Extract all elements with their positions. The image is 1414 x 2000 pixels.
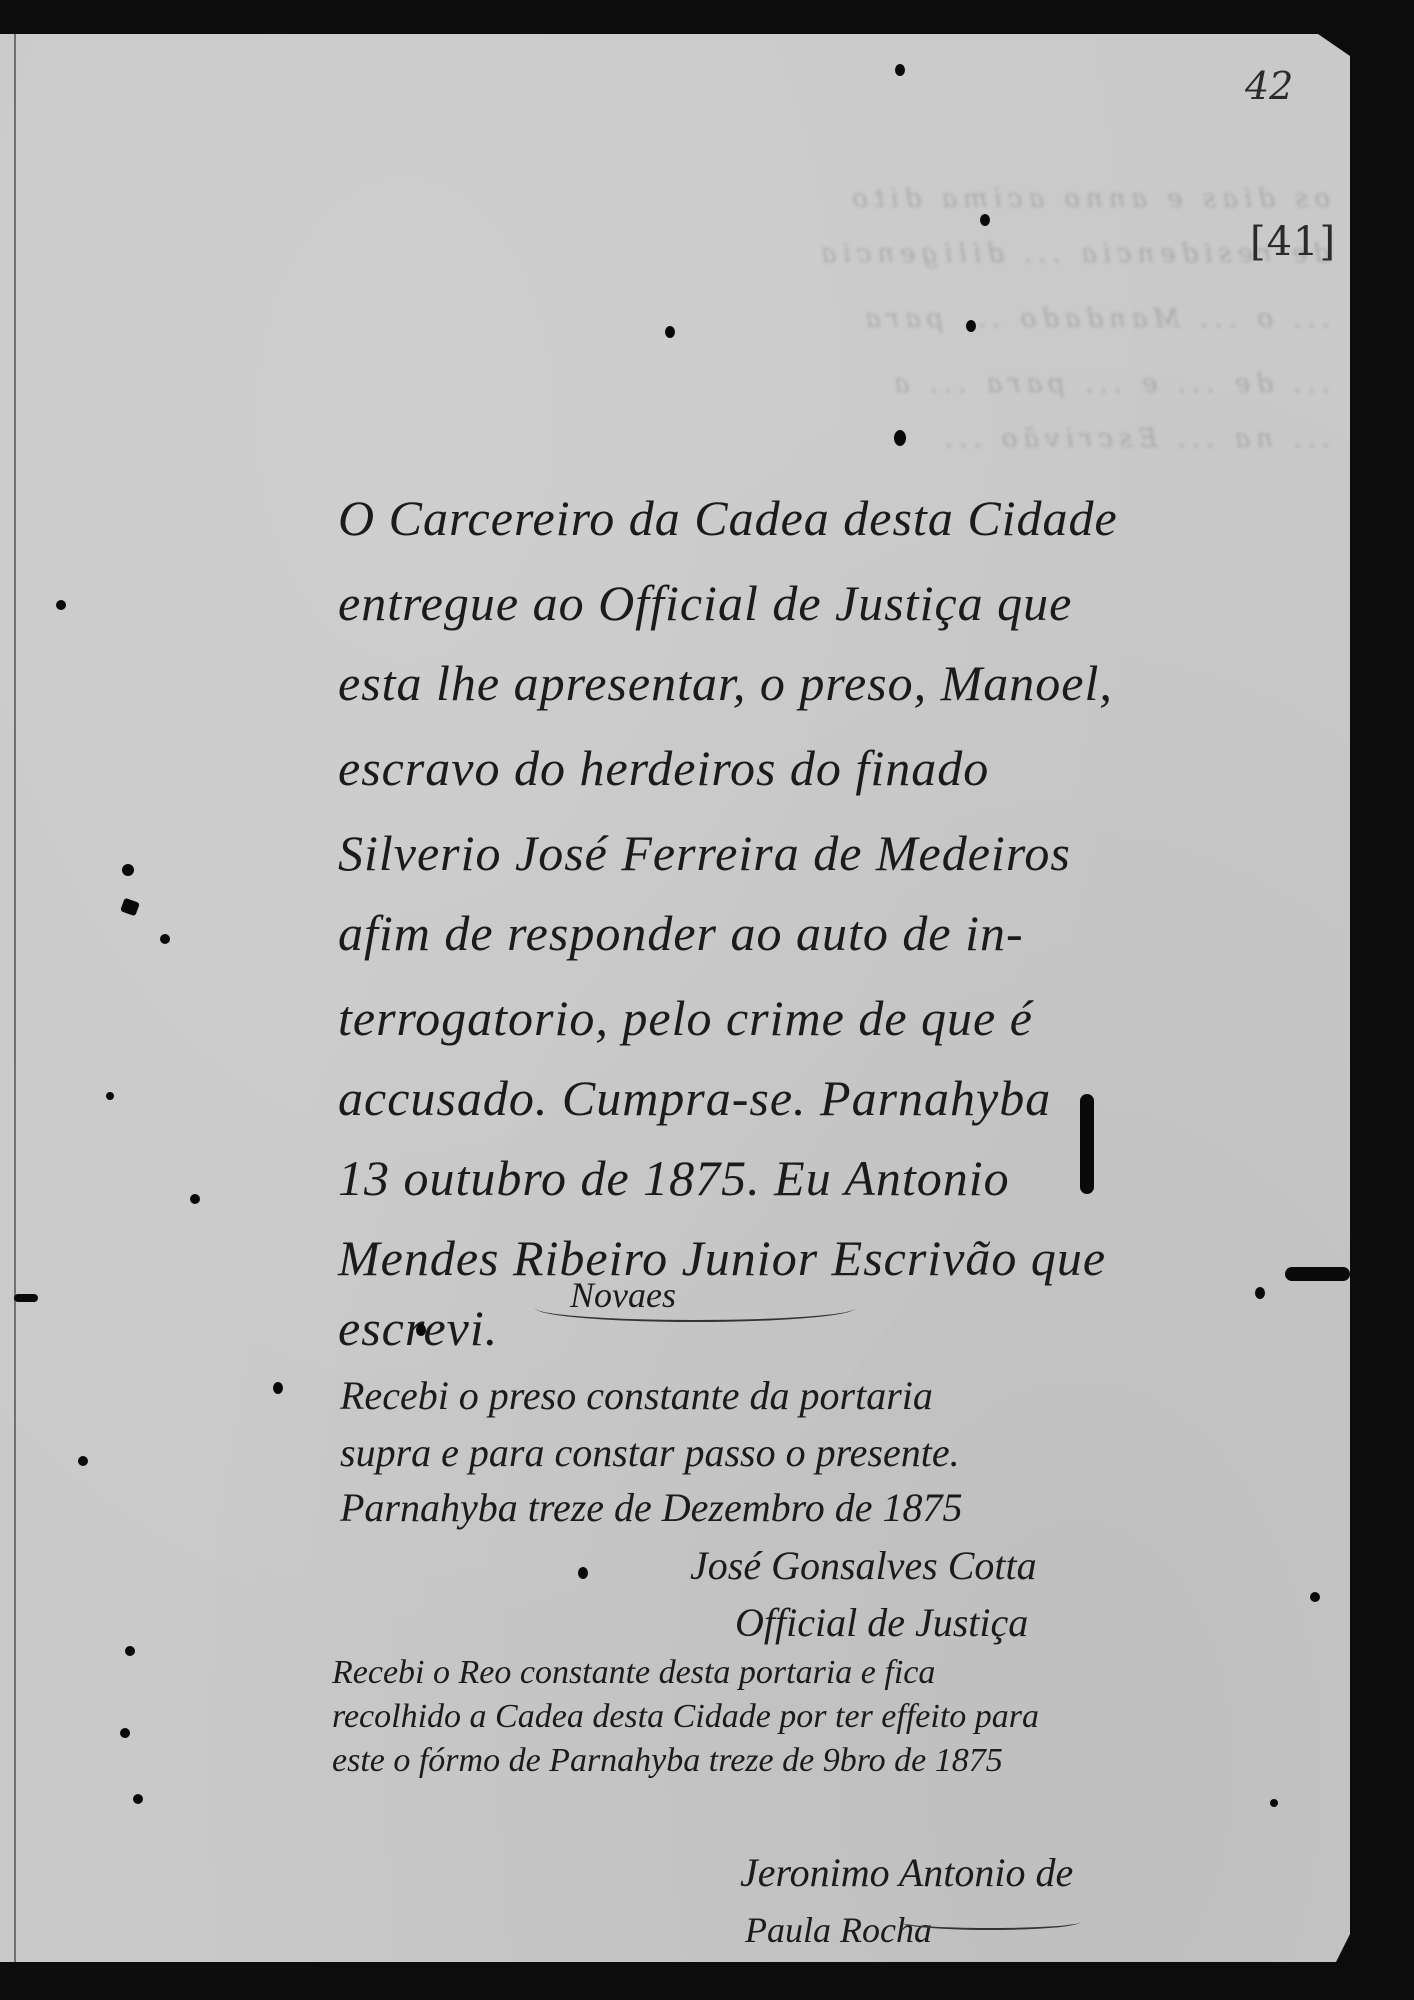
ink-blot bbox=[1285, 1267, 1350, 1281]
ink-spot bbox=[120, 1728, 130, 1738]
receipt-line: Recebi o Reo constante desta portaria e … bbox=[332, 1654, 935, 1692]
receipt-line: Recebi o preso constante da portaria bbox=[340, 1372, 933, 1419]
ink-spot bbox=[122, 864, 134, 876]
signature-flourish bbox=[900, 1914, 1080, 1930]
receipt-signature-name: José Gonsalves Cotta bbox=[690, 1542, 1037, 1589]
receipt-line: este o fórmo de Parnahyba treze de 9bro … bbox=[332, 1742, 1003, 1780]
ink-spot bbox=[106, 1092, 114, 1100]
archive-number: [41] bbox=[1250, 219, 1336, 265]
ink-blot bbox=[120, 898, 140, 917]
ink-spot bbox=[416, 1324, 426, 1336]
ink-spot bbox=[665, 326, 675, 338]
folio-number: 42 bbox=[1245, 64, 1293, 108]
order-line: afim de responder ao auto de in- bbox=[338, 904, 1024, 962]
ink-spot bbox=[273, 1382, 283, 1394]
ink-spot bbox=[894, 430, 906, 446]
receipt-line: supra e para constar passo o presente. bbox=[340, 1429, 960, 1476]
ink-spot bbox=[1270, 1799, 1278, 1807]
ink-spot bbox=[125, 1646, 135, 1656]
ink-spot bbox=[895, 64, 905, 76]
manuscript-page: Barreto os dias e anno acima dito de res… bbox=[0, 34, 1350, 1962]
order-line: terrogatorio, pelo crime de que é bbox=[338, 989, 1033, 1047]
ink-spot bbox=[1255, 1287, 1265, 1299]
bleed-through-line: ... de ... e ... para ... a bbox=[330, 369, 1330, 399]
order-line: Mendes Ribeiro Junior Escrivão que bbox=[338, 1229, 1106, 1287]
receipt-signature-line: Jeronimo Antonio de bbox=[740, 1849, 1073, 1896]
order-line: entregue ao Official de Justiça que bbox=[338, 574, 1072, 632]
ink-spot bbox=[133, 1794, 143, 1804]
ink-spot bbox=[56, 600, 66, 610]
bleed-through-line: ... o ... Mandado ... para bbox=[330, 304, 1330, 334]
bleed-through-line: os dias e anno acima dito bbox=[330, 184, 1330, 214]
document-scan: Barreto os dias e anno acima dito de res… bbox=[0, 0, 1414, 2000]
binding-edge bbox=[14, 34, 16, 1962]
order-line: 13 outubro de 1875. Eu Antonio bbox=[338, 1149, 1010, 1207]
ink-spot bbox=[966, 320, 976, 332]
ink-blot bbox=[1080, 1094, 1094, 1194]
bleed-through-line: de residencia ... diligencia bbox=[330, 239, 1330, 269]
ink-spot bbox=[78, 1456, 88, 1466]
ink-spot bbox=[578, 1567, 588, 1579]
order-line: accusado. Cumpra-se. Parnahyba bbox=[338, 1069, 1051, 1127]
order-line: esta lhe apresentar, o preso, Manoel, bbox=[338, 654, 1113, 712]
receipt-line: recolhido a Cadea desta Cidade por ter e… bbox=[332, 1698, 1039, 1736]
receipt-signature-title: Official de Justiça bbox=[735, 1599, 1028, 1646]
ink-spot bbox=[160, 934, 170, 944]
bleed-through-line: ... na ... Escrivão ... bbox=[330, 424, 1330, 454]
ink-spot bbox=[1310, 1592, 1320, 1602]
receipt-line: Parnahyba treze de Dezembro de 1875 bbox=[340, 1484, 962, 1531]
order-line: O Carcereiro da Cadea desta Cidade bbox=[338, 489, 1118, 547]
ink-spot bbox=[980, 214, 990, 226]
ink-blot bbox=[14, 1294, 38, 1302]
order-line: escravo do herdeiros do finado bbox=[338, 739, 989, 797]
ink-spot bbox=[190, 1194, 200, 1204]
signature-flourish bbox=[535, 1294, 855, 1322]
order-line: Silverio José Ferreira de Medeiros bbox=[338, 824, 1071, 882]
